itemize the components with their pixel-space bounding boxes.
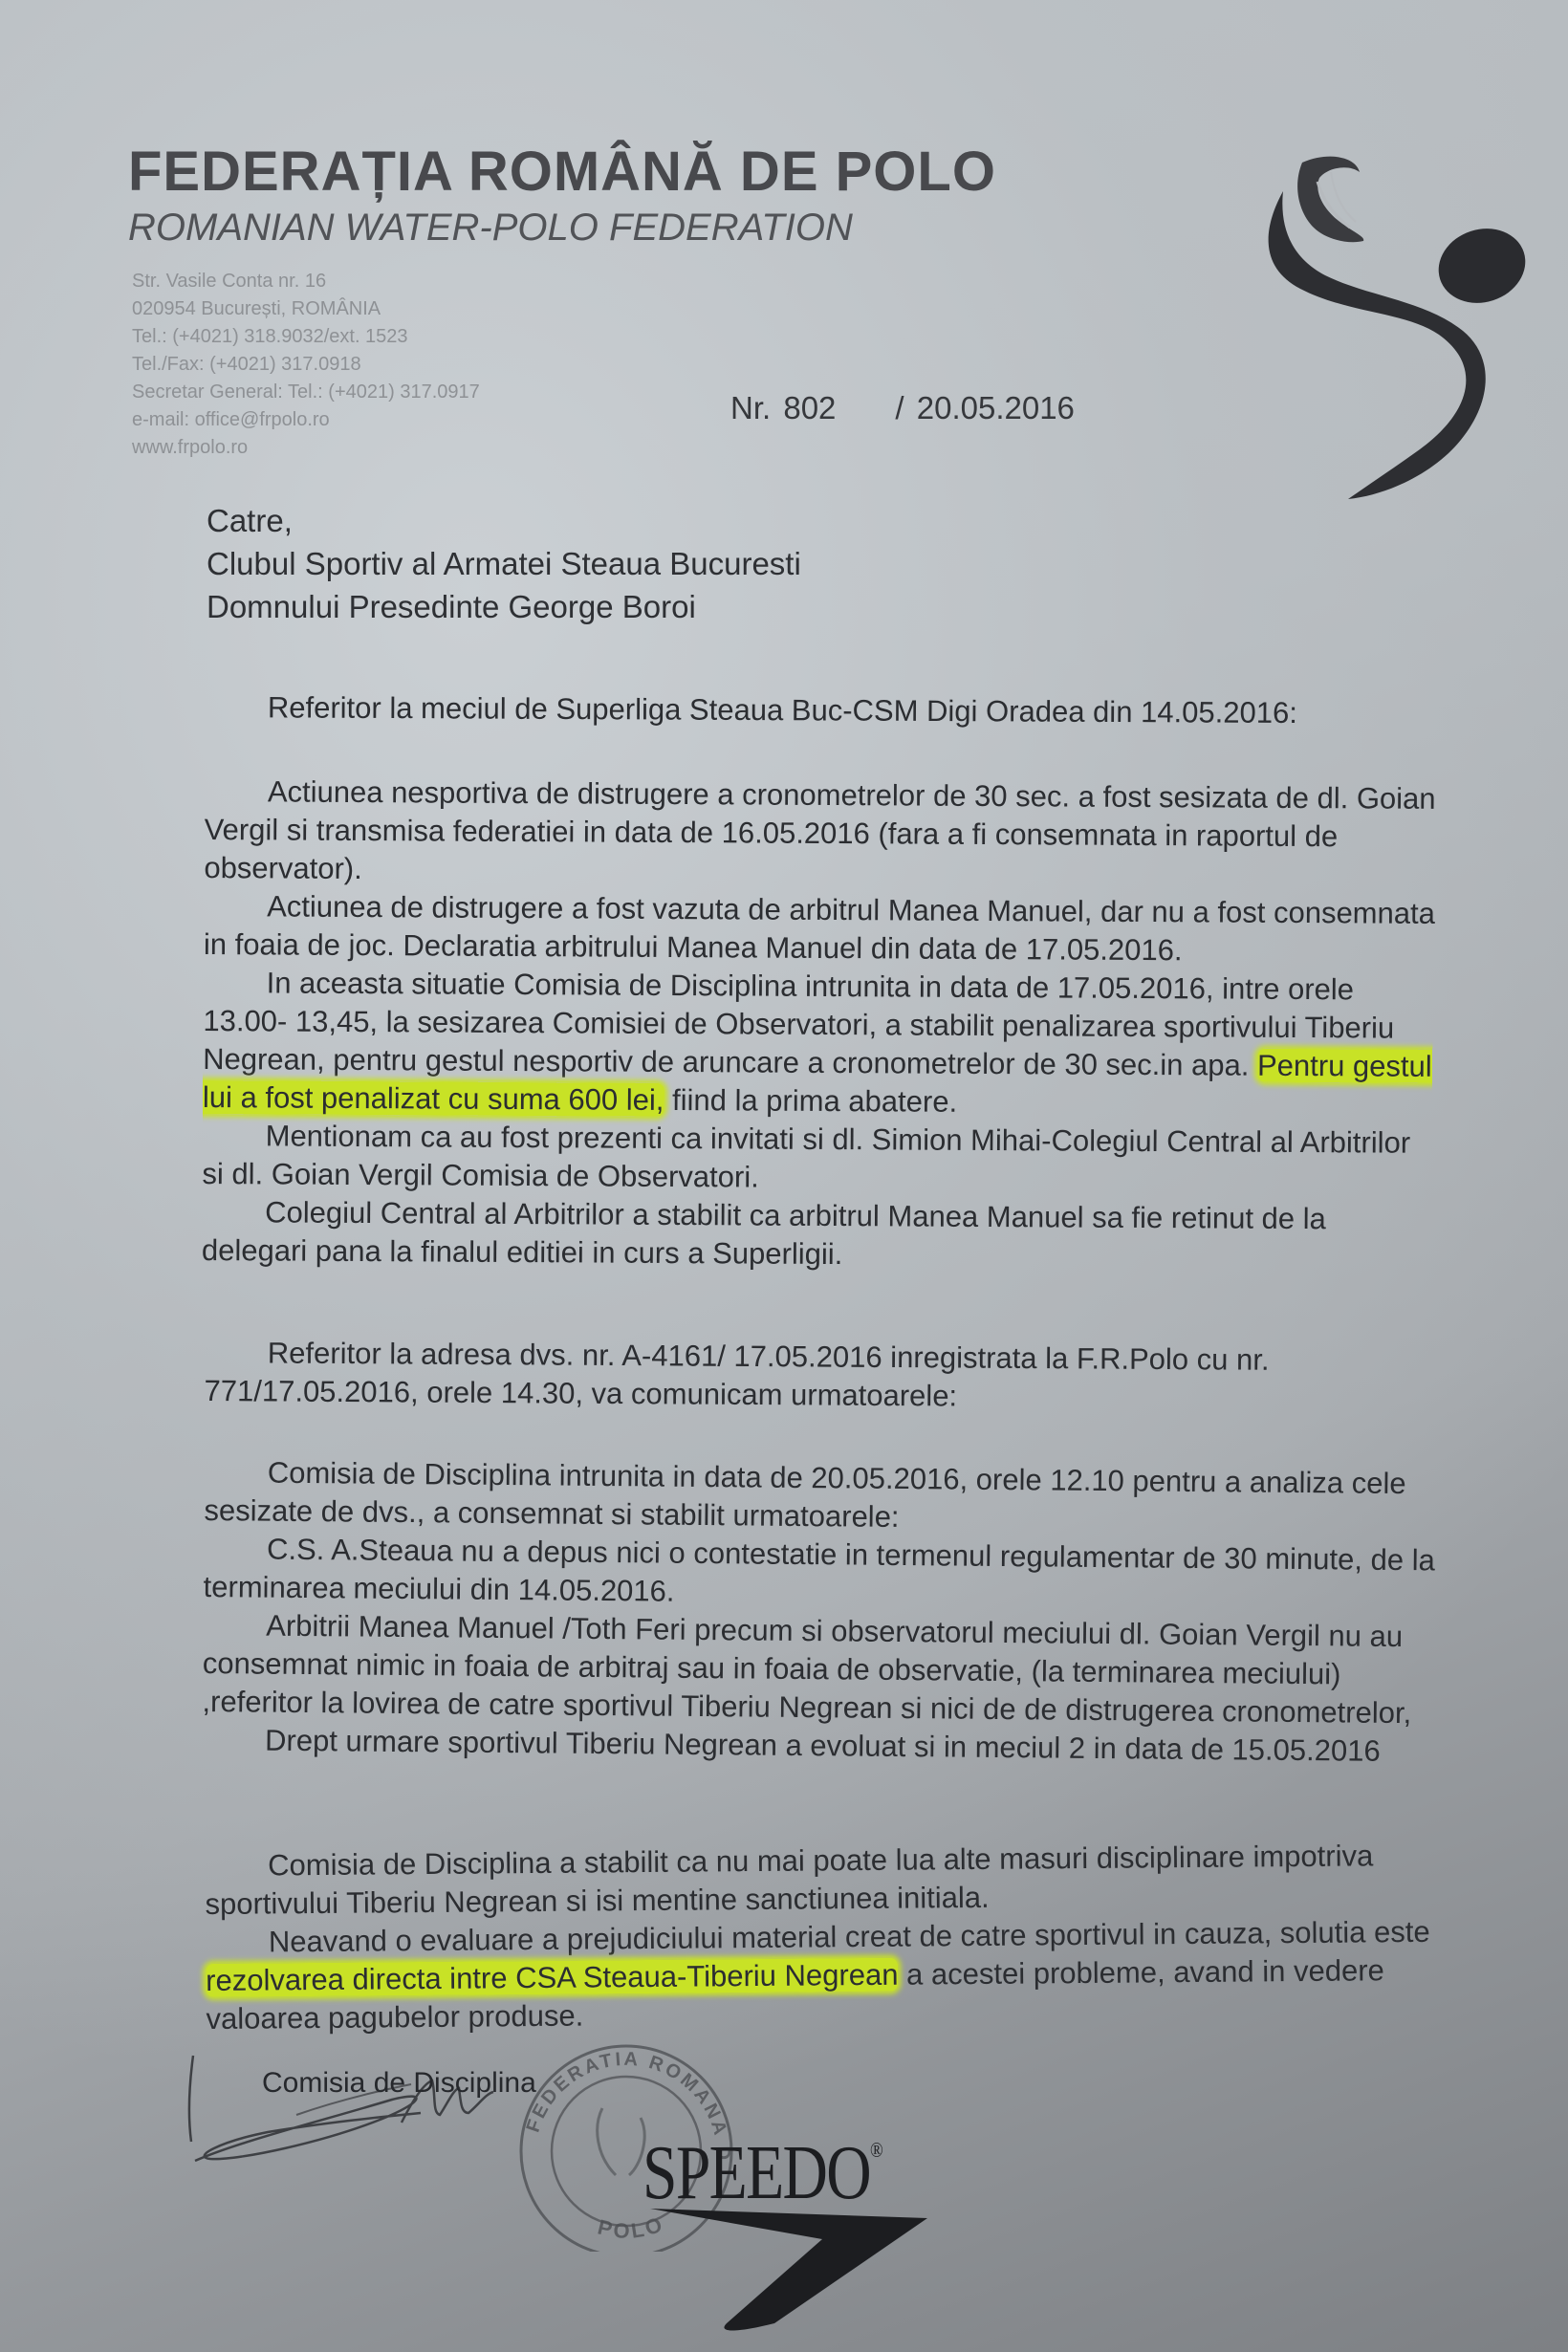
signatory-label: Comisia de Disciplina <box>262 2067 536 2100</box>
paragraph-penalty: In aceasta situatie Comisia de Disciplin… <box>203 964 1437 1124</box>
addressee-salutation: Catre, <box>207 499 801 542</box>
addressee-organization: Clubul Sportiv al Armatei Steaua Bucures… <box>207 542 801 585</box>
body-section-conclusion: Comisia de Disciplina a stabilit ca nu m… <box>205 1837 1440 2038</box>
contact-secretary: Secretar General: Tel.: (+4021) 317.0917 <box>132 379 480 406</box>
reference-date: / 20.05.2016 <box>895 390 1075 425</box>
highlighted-solution: rezolvarea directa intre CSA Steaua-Tibe… <box>206 1958 899 1997</box>
sponsor-wordmark: SPEEDO® <box>642 2130 882 2217</box>
reference-number: Nr. 802 <box>730 390 836 425</box>
body-section-second-decision: Comisia de Disciplina intrunita in data … <box>202 1453 1438 1771</box>
paragraph-incident-report: Actiunea nesportiva de distrugere a cron… <box>204 773 1438 895</box>
paragraph-invited-attendees: Mentionam ca au fost prezenti ca invitat… <box>202 1117 1435 1201</box>
registered-trademark-icon: ® <box>870 2138 882 2162</box>
body-section-first-decision: Actiunea nesportiva de distrugere a cron… <box>202 773 1438 1277</box>
paragraph-commission-meeting: Comisia de Disciplina intrunita in data … <box>204 1453 1438 1541</box>
penalty-text-after: fiind la prima abatere. <box>664 1083 957 1119</box>
contact-email: e-mail: office@frpolo.ro <box>132 406 480 434</box>
document-reference: Nr. 802/ 20.05.2016 <box>730 390 1075 426</box>
contact-website: www.frpolo.ro <box>132 434 480 462</box>
addressee-person: Domnului Presedinte George Boroi <box>207 585 801 628</box>
paragraph-solution: Neavand o evaluare a prejudiciului mater… <box>206 1913 1440 2038</box>
contact-fax: Tel./Fax: (+4021) 317.0918 <box>132 351 480 379</box>
contact-phone: Tel.: (+4021) 318.9032/ext. 1523 <box>132 323 480 351</box>
sponsor-name-text: SPEEDO <box>642 2131 870 2215</box>
subject-line: Referitor la meciul de Superliga Steaua … <box>205 688 1438 733</box>
contact-block: Str. Vasile Conta nr. 16 020954 Bucureșt… <box>132 268 480 462</box>
paragraph-no-contestation: C.S. A.Steaua nu a depus nici o contesta… <box>203 1530 1437 1618</box>
document-page: FEDERAȚIA ROMÂNĂ DE POLO ROMANIAN WATER-… <box>0 0 1568 2352</box>
penalty-text-before: In aceasta situatie Comisia de Disciplin… <box>203 966 1394 1081</box>
addressee-block: Catre, Clubul Sportiv al Armatei Steaua … <box>207 499 801 628</box>
solution-text-before: Neavand o evaluare a prejudiciului mater… <box>269 1915 1430 1959</box>
paragraph-referee-observation: Actiunea de distrugere a fost vazuta de … <box>204 887 1437 971</box>
contact-address: Str. Vasile Conta nr. 16 <box>132 268 480 295</box>
paragraph-address-reference: Referitor la adresa dvs. nr. A-4161/ 17.… <box>204 1334 1438 1419</box>
subject-text: Referitor la meciul de Superliga Steaua … <box>205 688 1438 733</box>
paragraph-sanction-maintained: Comisia de Disciplina a stabilit ca nu m… <box>205 1837 1439 1924</box>
organization-name: FEDERAȚIA ROMÂNĂ DE POLO <box>128 140 996 204</box>
water-polo-player-logo-icon <box>1243 143 1530 507</box>
contact-city: 020954 București, ROMÂNIA <box>132 295 480 323</box>
body-section-address-reference: Referitor la adresa dvs. nr. A-4161/ 17.… <box>204 1334 1438 1419</box>
paragraph-referee-suspension: Colegiul Central al Arbitrilor a stabili… <box>202 1193 1435 1277</box>
paragraph-not-recorded: Arbitrii Manea Manuel /Toth Feri precum … <box>202 1606 1436 1732</box>
organization-name-english: ROMANIAN WATER-POLO FEDERATION <box>128 207 853 250</box>
